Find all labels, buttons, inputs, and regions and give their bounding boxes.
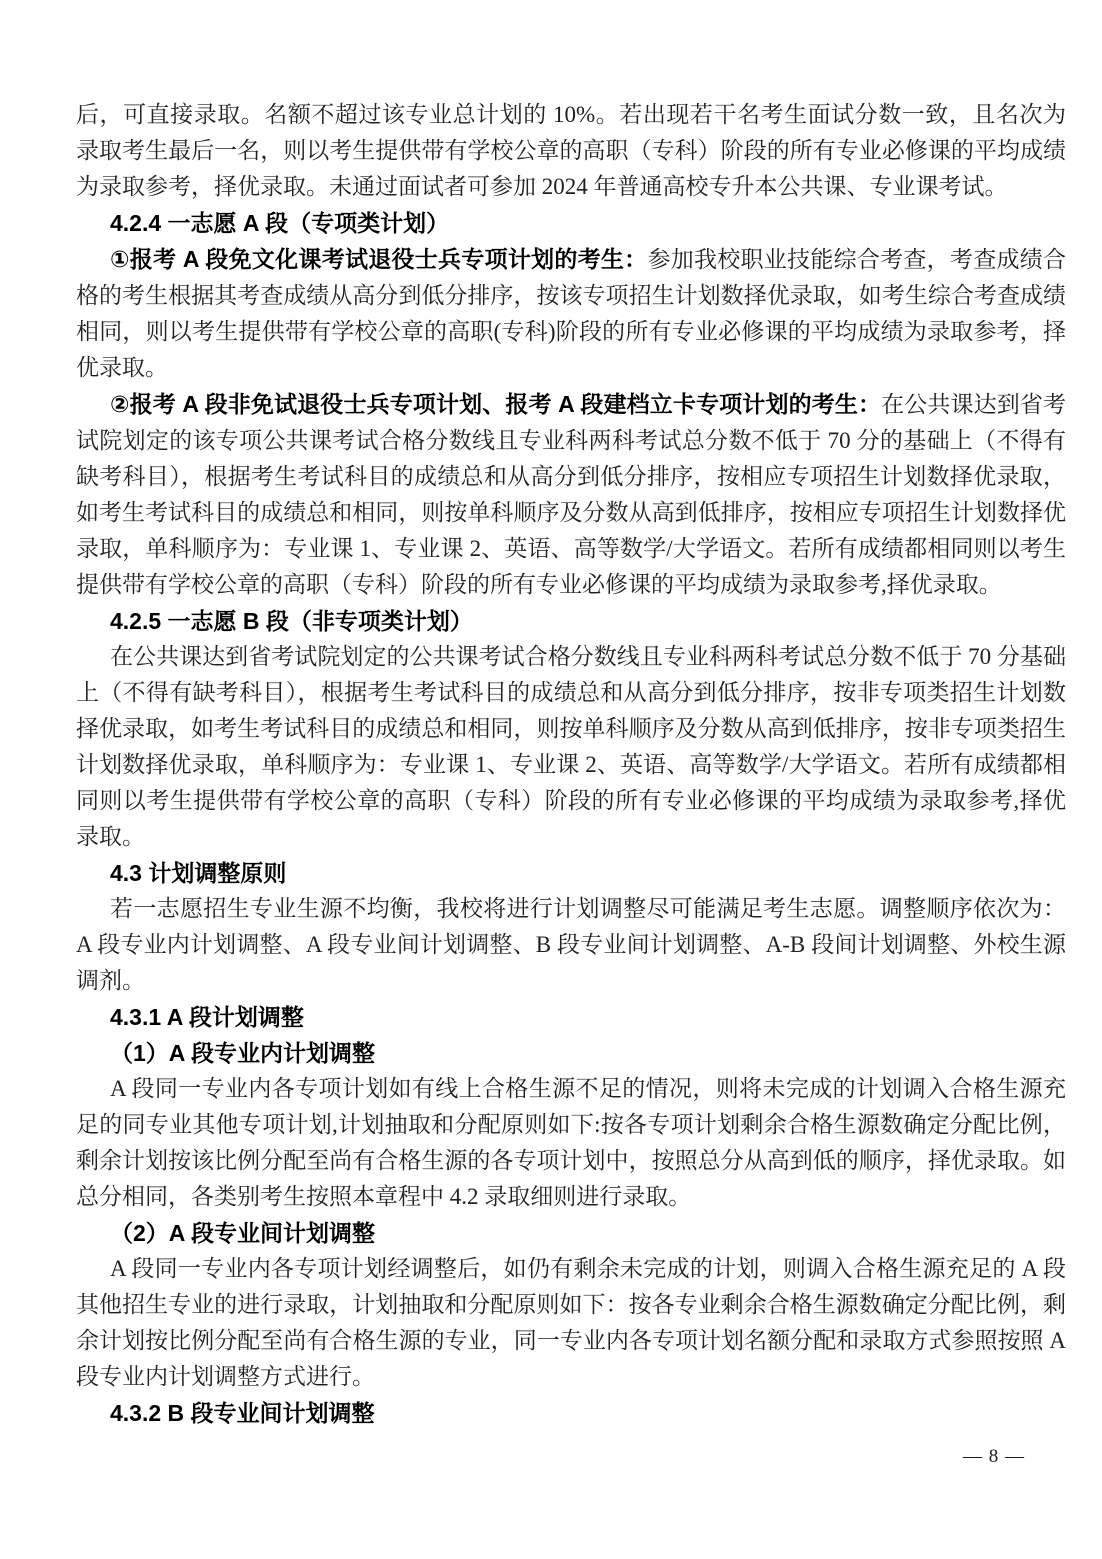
heading-4-2-4: 4.2.4 一志愿 A 段（专项类计划） xyxy=(76,205,1066,241)
heading-4-3: 4.3 计划调整原则 xyxy=(76,855,1066,891)
paragraph-item-1: ①报考 A 段免文化课考试退役士兵专项计划的考生：参加我校职业技能综合考查，考查… xyxy=(76,241,1066,386)
paragraph-item-2-lead: ②报考 A 段非免试退役士兵专项计划、报考 A 段建档立卡专项计划的考生： xyxy=(110,391,881,417)
paragraph-continuation: 后，可直接录取。名额不超过该专业总计划的 10%。若出现若干名考生面试分数一致，… xyxy=(76,97,1066,205)
paragraph-item-2-text: 在公共课达到省考试院划定的该专项公共课考试合格分数线且专业科两科考试总分数不低于… xyxy=(76,392,1066,597)
paragraph-item-1-lead: ①报考 A 段免文化课考试退役士兵专项计划的考生： xyxy=(110,246,647,272)
paragraph-item-2: ②报考 A 段非免试退役士兵专项计划、报考 A 段建档立卡专项计划的考生：在公共… xyxy=(76,386,1066,603)
page-number: — 8 — xyxy=(963,1444,1025,1470)
heading-4-2-5: 4.2.5 一志愿 B 段（非专项类计划） xyxy=(76,603,1066,639)
heading-4-3-1: 4.3.1 A 段计划调整 xyxy=(76,999,1066,1035)
document-page: 后，可直接录取。名额不超过该专业总计划的 10%。若出现若干名考生面试分数一致，… xyxy=(0,0,1102,1559)
document-body: 后，可直接录取。名额不超过该专业总计划的 10%。若出现若干名考生面试分数一致，… xyxy=(76,97,1066,1431)
heading-4-3-2: 4.3.2 B 段专业间计划调整 xyxy=(76,1395,1066,1431)
paragraph-a-within-major: A 段同一专业内各专项计划如有线上合格生源不足的情况，则将未完成的计划调入合格生… xyxy=(76,1071,1066,1215)
paragraph-a-between-major: A 段同一专业内各专项计划经调整后，如仍有剩余未完成的计划，则调入合格生源充足的… xyxy=(76,1251,1066,1395)
heading-4-3-1-sub-1: （1）A 段专业内计划调整 xyxy=(76,1035,1066,1071)
paragraph-b-section: 在公共课达到省考试院划定的公共课考试合格分数线且专业科两科考试总分数不低于 70… xyxy=(76,639,1066,855)
paragraph-adjust-principle: 若一志愿招生专业生源不均衡，我校将进行计划调整尽可能满足考生志愿。调整顺序依次为… xyxy=(76,891,1066,999)
heading-4-3-1-sub-2: （2）A 段专业间计划调整 xyxy=(76,1215,1066,1251)
